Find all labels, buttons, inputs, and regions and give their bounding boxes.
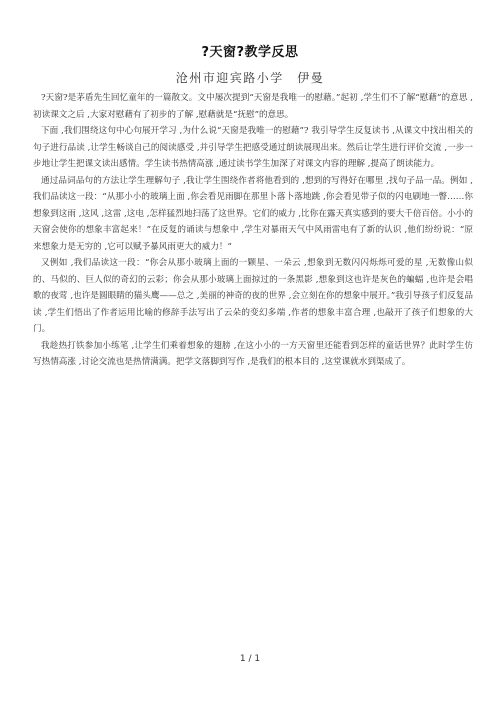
paragraph-intro: ?天窗?是茅盾先生回忆童年的一篇散文。文中屡次提到“天窗是我唯一的慰藉。”起初 …: [33, 90, 473, 123]
document-title: ?天窗?教学反思: [0, 41, 500, 60]
document-author: 沧州市迎宾路小学 伊曼: [0, 69, 500, 86]
paragraph-example: 又例如 ,我们品读这一段：“你会从那小玻璃上面的一颗星、一朵云 ,想象到无数闪闪…: [33, 255, 473, 338]
paragraph-conclusion: 我趁热打铁参加小练笔 ,让学生们乘着想象的翅膀 ,在这小小的一方天窗里还能看到怎…: [33, 338, 473, 371]
paragraph-reading: 下面 ,我们围绕这句中心句展开学习 ,为什么说“天窗是我唯一的慰藉”? 我引导学…: [33, 123, 473, 173]
paragraph-word-study: 通过品词品句的方法让学生理解句子 ,我让学生围绕作者将他看到的 ,想到的写得好在…: [33, 173, 473, 256]
document-body: ?天窗?是茅盾先生回忆童年的一篇散文。文中屡次提到“天窗是我唯一的慰藉。”起初 …: [33, 90, 473, 371]
page-indicator: 1 / 1: [0, 654, 500, 664]
